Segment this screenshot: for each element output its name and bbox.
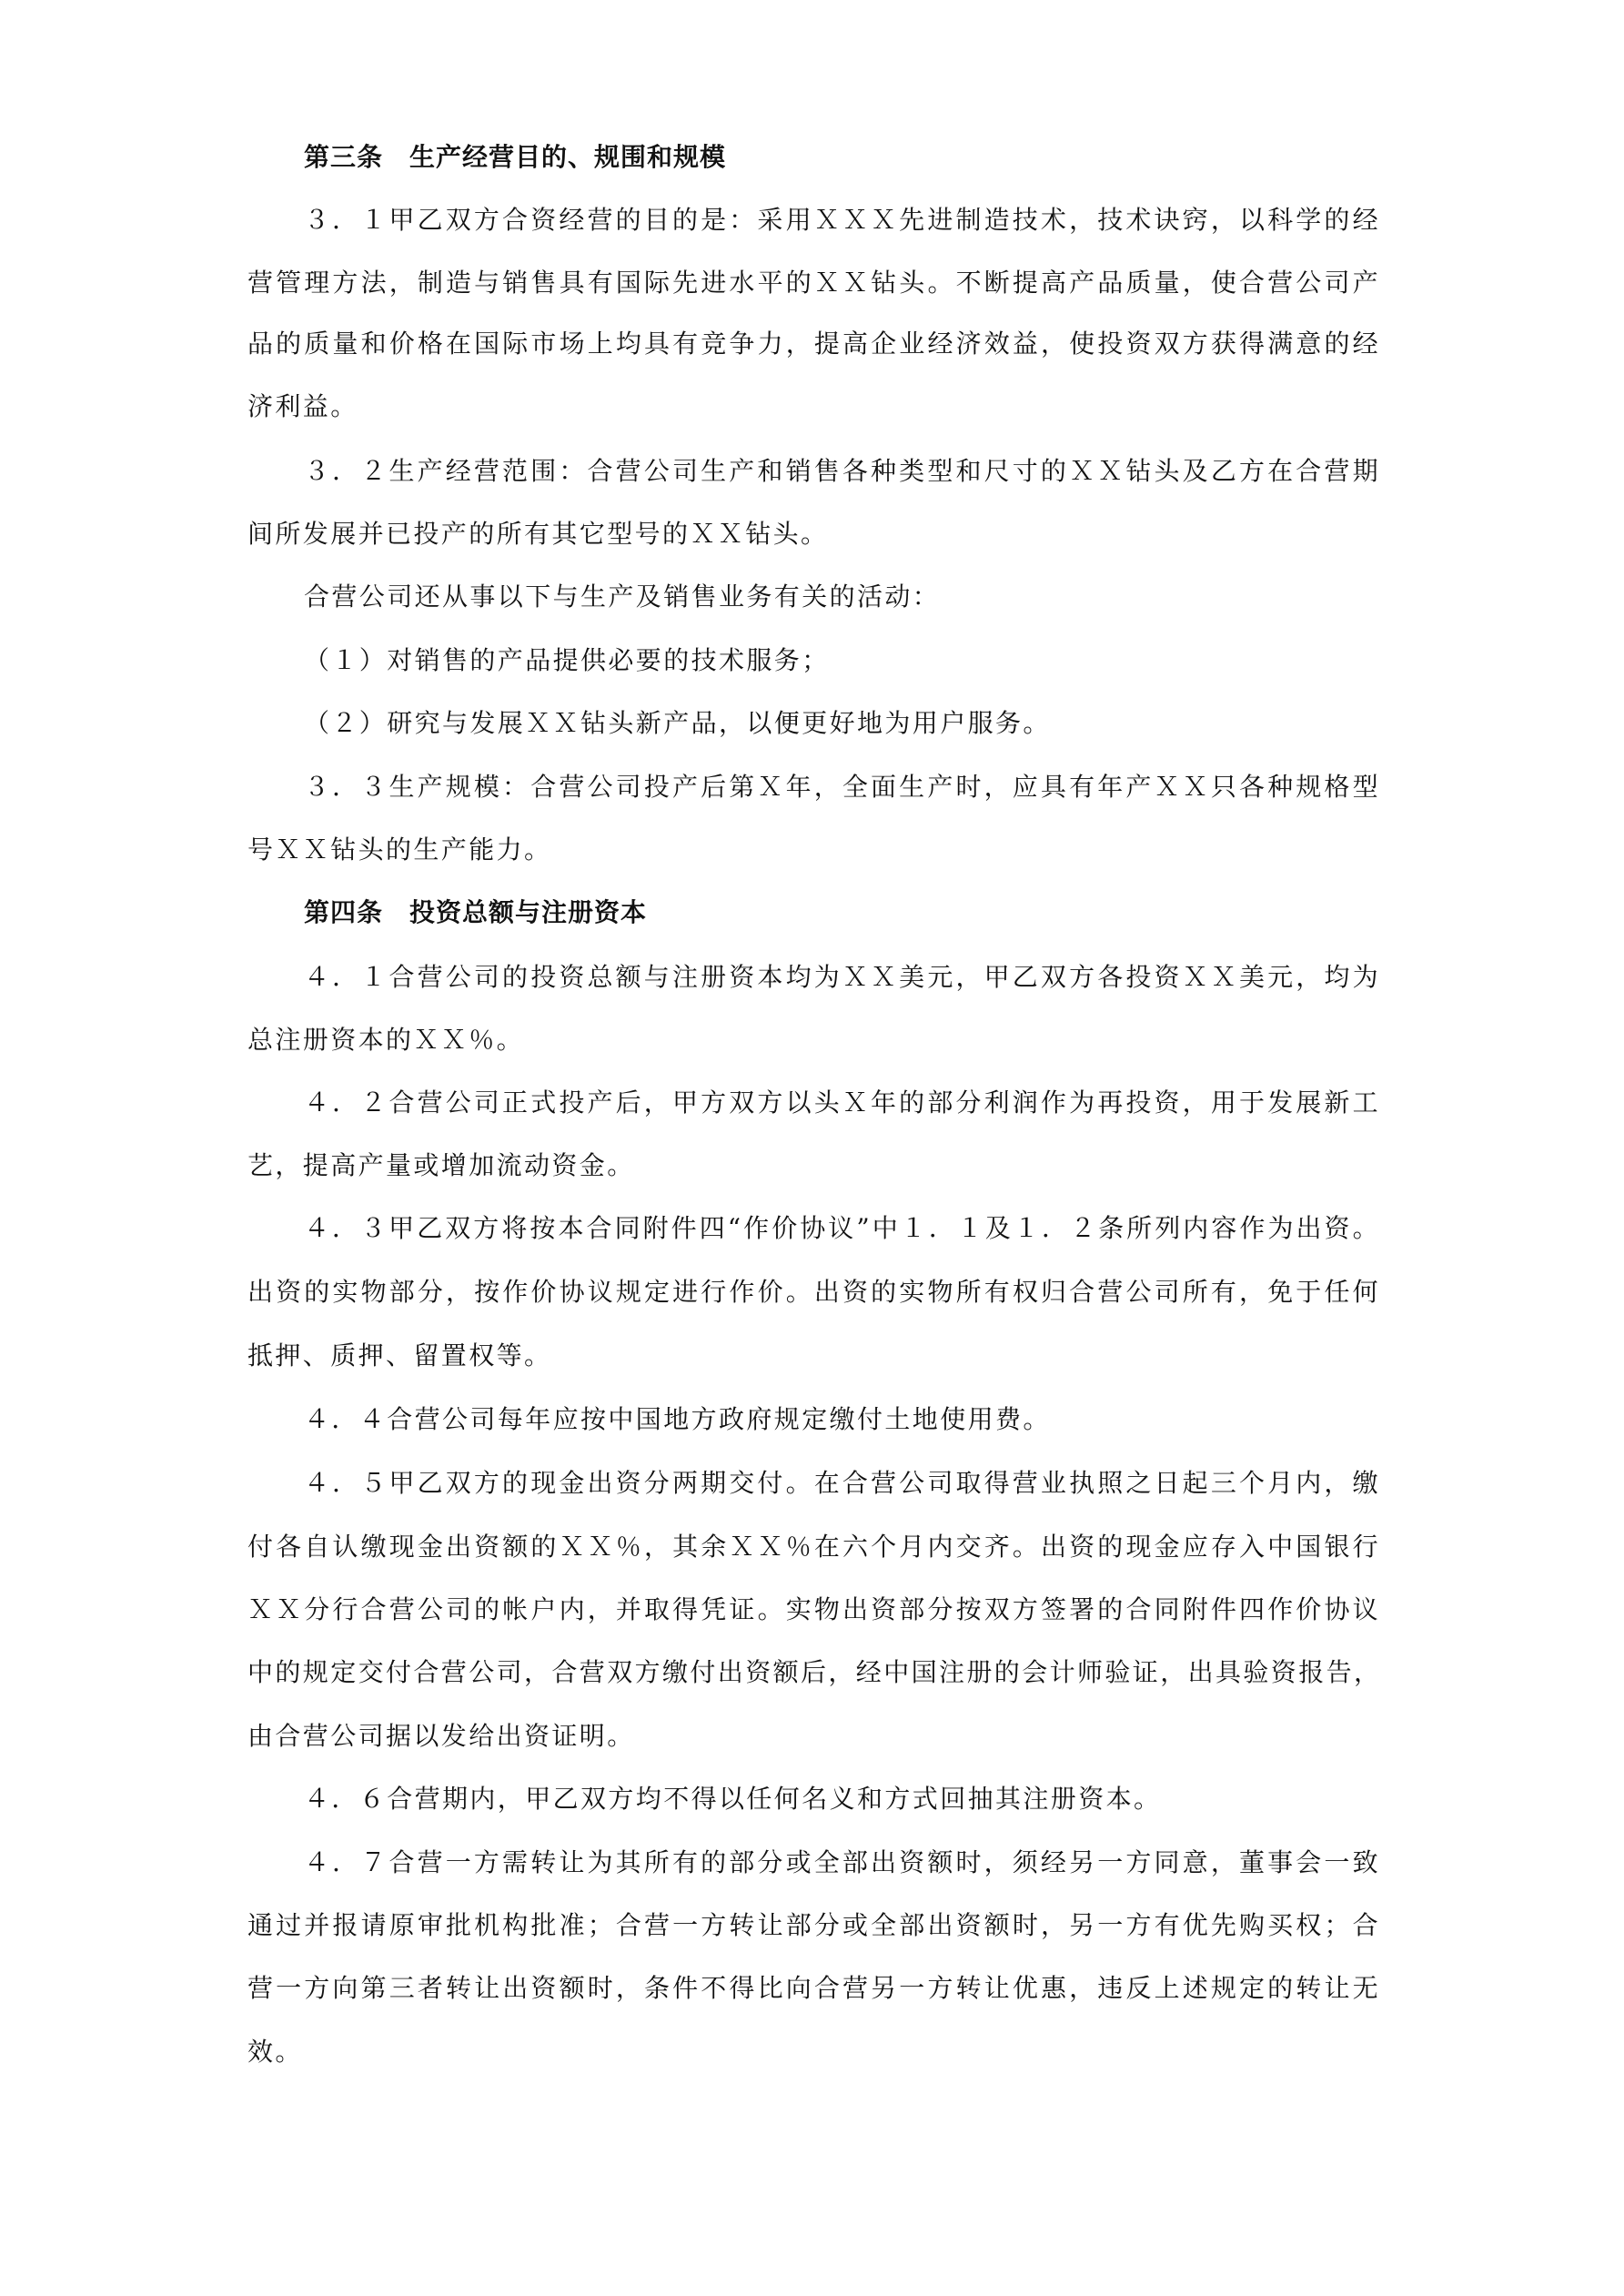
paragraph-line: 营一方向第三者转让出资额时，条件不得比向合营另一方转让优惠，违反上述规定的转让无	[247, 1972, 1380, 2005]
paragraph-line: ４．５甲乙双方的现金出资分两期交付。在合营公司取得营业执照之日起三个月内，缴	[304, 1467, 1380, 1500]
paragraph-line: ４．２合营公司正式投产后，甲方双方以头Ｘ年的部分利润作为再投资，用于发展新工	[304, 1087, 1380, 1119]
paragraph-line: 付各自认缴现金出资额的ＸＸ％，其余ＸＸ％在六个月内交齐。出资的现金应存入中国银行	[247, 1531, 1380, 1563]
paragraph-line: 出资的实物部分，按作价协议规定进行作价。出资的实物所有权归合营公司所有，免于任何	[247, 1276, 1380, 1309]
paragraph-line: 通过并报请原审批机构批准；合营一方转让部分或全部出资额时，另一方有优先购买权；合	[247, 1909, 1380, 1942]
paragraph-line: 合营公司还从事以下与生产及销售业务有关的活动：	[304, 581, 1380, 613]
paragraph-line: ３．１甲乙双方合资经营的目的是：采用ＸＸＸ先进制造技术，技术诀窍，以科学的经	[304, 204, 1380, 237]
paragraph-line: ４．６合营期内，甲乙双方均不得以任何名义和方式回抽其注册资本。	[304, 1783, 1380, 1816]
paragraph-line: 由合营公司据以发给出资证明。	[247, 1720, 1380, 1753]
paragraph-line: 品的质量和价格在国际市场上均具有竞争力，提高企业经济效益，使投资双方获得满意的经	[247, 328, 1380, 360]
paragraph-line: ４．１合营公司的投资总额与注册资本均为ＸＸ美元，甲乙双方各投资ＸＸ美元，均为	[304, 961, 1380, 994]
document-page: 第三条 生产经营目的、规围和规模３．１甲乙双方合资经营的目的是：采用ＸＸＸ先进制…	[0, 0, 1624, 2296]
paragraph-line: ３．３生产规模：合营公司投产后第Ｘ年，全面生产时，应具有年产ＸＸ只各种规格型	[304, 771, 1380, 804]
paragraph-line: 艺，提高产量或增加流动资金。	[247, 1149, 1380, 1182]
paragraph-line: 间所发展并已投产的所有其它型号的ＸＸ钻头。	[247, 518, 1380, 551]
paragraph-line: ４．４合营公司每年应按中国地方政府规定缴付土地使用费。	[304, 1403, 1380, 1436]
paragraph-line: ３．２生产经营范围：合营公司生产和销售各种类型和尺寸的ＸＸ钻头及乙方在合营期	[304, 455, 1380, 488]
paragraph-line: 抵押、质押、留置权等。	[247, 1340, 1380, 1372]
paragraph-line: 营管理方法，制造与销售具有国际先进水平的ＸＸ钻头。不断提高产品质量，使合营公司产	[247, 267, 1380, 299]
section-heading: 第四条 投资总额与注册资本	[304, 896, 1437, 929]
paragraph-line: 中的规定交付合营公司，合营双方缴付出资额后，经中国注册的会计师验证，出具验资报告…	[247, 1656, 1380, 1689]
paragraph-line: （２）研究与发展ＸＸ钻头新产品，以便更好地为用户服务。	[304, 707, 1380, 740]
paragraph-line: ４．３甲乙双方将按本合同附件四“作价协议”中１．１及１．２条所列内容作为出资。	[304, 1212, 1380, 1245]
paragraph-line: 总注册资本的ＸＸ％。	[247, 1024, 1380, 1057]
paragraph-line: 济利益。	[247, 390, 1380, 423]
paragraph-line: （１）对销售的产品提供必要的技术服务；	[304, 644, 1380, 677]
section-heading: 第三条 生产经营目的、规围和规模	[304, 141, 1437, 174]
paragraph-line: ４．７合营一方需转让为其所有的部分或全部出资额时，须经另一方同意，董事会一致	[304, 1846, 1380, 1879]
paragraph-line: 效。	[247, 2036, 1380, 2068]
paragraph-line: 号ＸＸ钻头的生产能力。	[247, 834, 1380, 866]
paragraph-line: ＸＸ分行合营公司的帐户内，并取得凭证。实物出资部分按双方签署的合同附件四作价协议	[247, 1593, 1380, 1626]
